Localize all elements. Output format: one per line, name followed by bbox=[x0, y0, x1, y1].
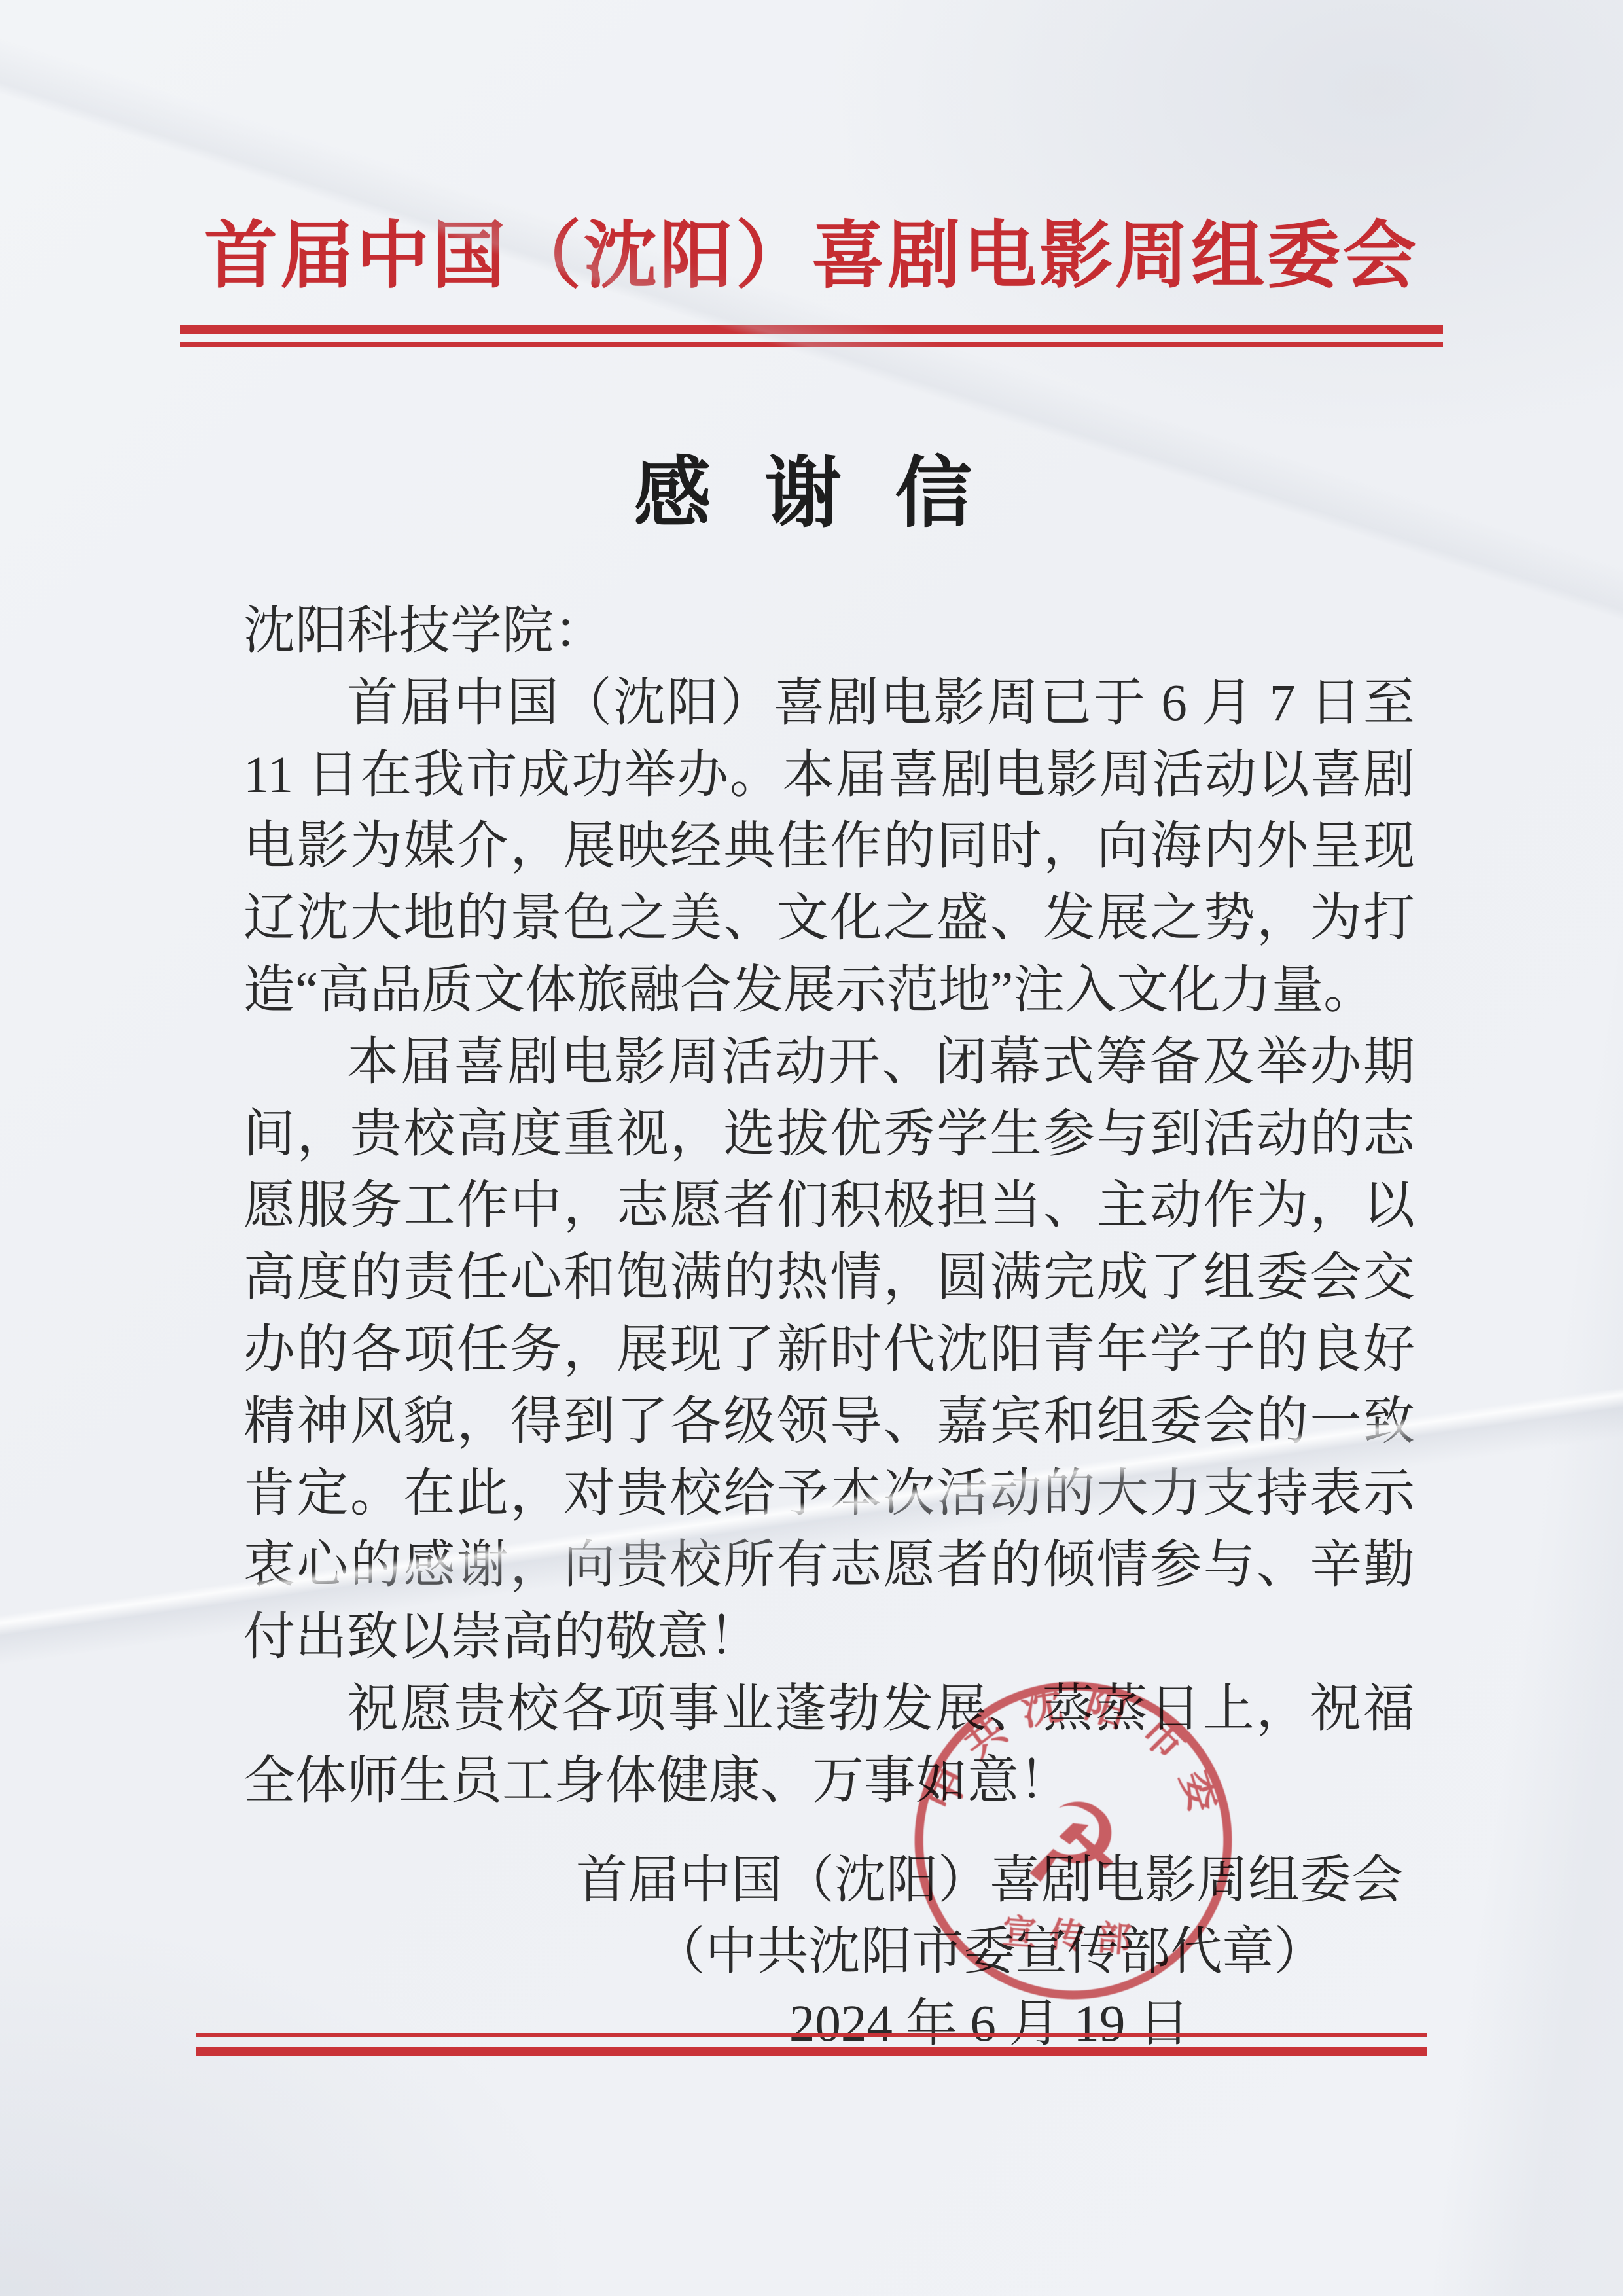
letter-body: 沈阳科技学院： 首届中国（沈阳）喜剧电影周已于 6 月 7 日至 11 日在我市… bbox=[243, 596, 1415, 1818]
body-paragraph-2: 本届喜剧电影周活动开、闭幕式筹备及举办期间，贵校高度重视，选拔优秀学生参与到活动… bbox=[243, 1027, 1415, 1674]
hammer-sickle-icon: ☭ bbox=[1018, 1775, 1128, 1914]
footer-divider-thick-rule bbox=[196, 2047, 1427, 2056]
letterhead-divider-thick-rule bbox=[180, 325, 1443, 334]
letterhead: 首届中国（沈阳）喜剧电影周组委会 bbox=[0, 0, 1623, 347]
official-seal: 中共沈阳市委 ☭ 宣传部 bbox=[897, 1664, 1249, 2017]
letterhead-divider-thin-rule bbox=[180, 342, 1443, 347]
salutation: 沈阳科技学院： bbox=[243, 596, 1415, 668]
seal-bottom-text: 宣传部 bbox=[1001, 1912, 1145, 1960]
letter-title: 感 谢 信 bbox=[0, 456, 1623, 533]
footer-divider bbox=[196, 2033, 1427, 2056]
letterhead-divider bbox=[180, 325, 1443, 347]
scanned-letter-page: 首届中国（沈阳）喜剧电影周组委会 感 谢 信 沈阳科技学院： 首届中国（沈阳）喜… bbox=[0, 0, 1623, 2296]
letterhead-org-name: 首届中国（沈阳）喜剧电影周组委会 bbox=[0, 211, 1623, 302]
footer-divider-thin-rule bbox=[196, 2033, 1427, 2037]
body-paragraph-1: 首届中国（沈阳）喜剧电影周已于 6 月 7 日至 11 日在我市成功举办。本届喜… bbox=[243, 668, 1415, 1027]
